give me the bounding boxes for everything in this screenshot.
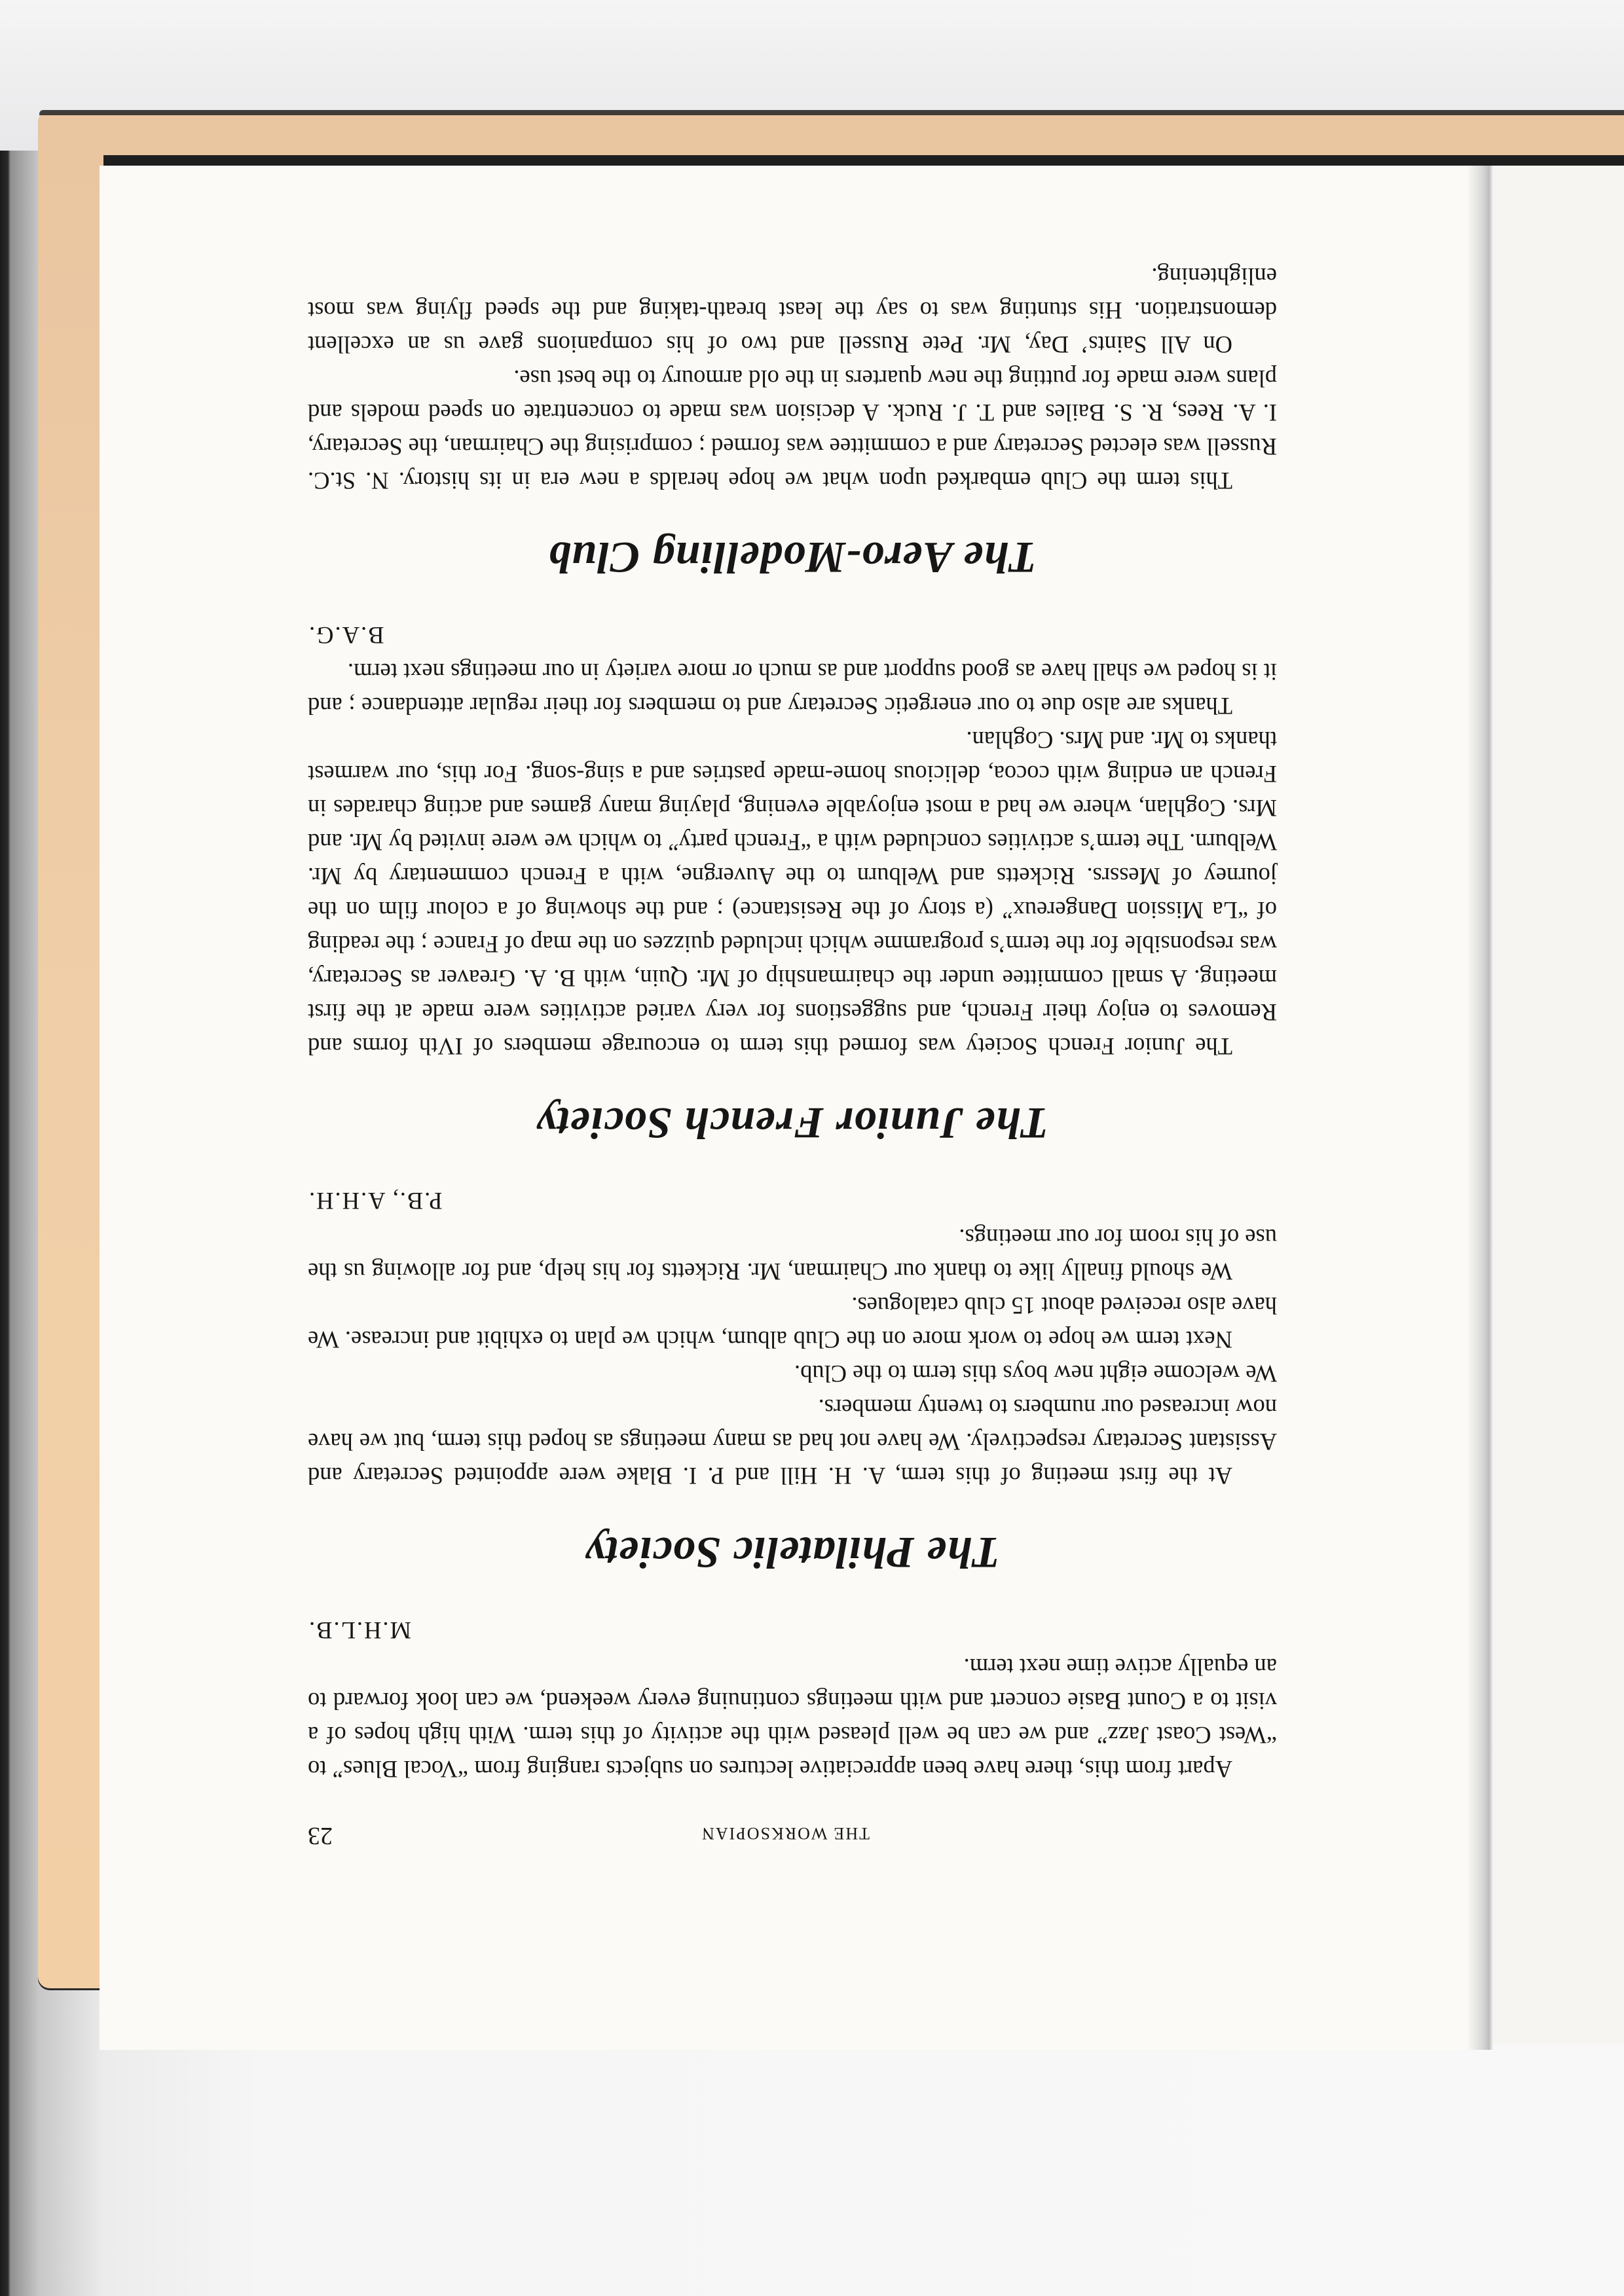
- page-content-upside-down: THE WORKSOPIAN 23 Apart from this, there…: [308, 373, 1277, 1853]
- paragraph: This term the Club embarked upon what we…: [308, 361, 1277, 498]
- section-heading: The Philatelic Society: [308, 1527, 1277, 1579]
- paragraph: On All Saints’ Day, Mr. Pete Russell and…: [308, 259, 1277, 361]
- signature: B.A.G.: [308, 618, 1277, 652]
- page-number: 23: [308, 1819, 333, 1853]
- paragraph: Next term we hope to work more on the Cl…: [308, 1288, 1277, 1357]
- cover-shadow-edge: [39, 110, 1624, 115]
- section-philatelic-society: The Philatelic Society At the first meet…: [308, 1184, 1277, 1579]
- signature: M.H.L.B.: [308, 1613, 1277, 1647]
- paragraph: We should finally like to thank our Chai…: [308, 1220, 1277, 1288]
- paragraph: Apart from this, there have been appreci…: [308, 1650, 1277, 1786]
- paragraph: The Junior French Society was formed thi…: [308, 723, 1277, 1063]
- section-junior-french-society: The Junior French Society The Junior Fre…: [308, 618, 1277, 1150]
- paragraph: At the first meeting of this term, A. H.…: [308, 1391, 1277, 1493]
- facing-page: [1493, 166, 1624, 2045]
- paragraph: We welcome eight new boys this term to t…: [308, 1357, 1277, 1391]
- section-heading: The Junior French Society: [308, 1097, 1277, 1150]
- paragraph: Thanks are also due to our energetic Sec…: [308, 655, 1277, 723]
- running-head: THE WORKSOPIAN 23: [308, 1819, 1277, 1853]
- section-music-club-continuation: Apart from this, there have been appreci…: [308, 1613, 1277, 1786]
- signature: P.B., A.H.H.: [308, 1184, 1277, 1218]
- section-heading: The Aero-Modelling Club: [308, 532, 1277, 584]
- section-aero-modelling-club: The Aero-Modelling Club This term the Cl…: [308, 259, 1277, 584]
- book-gutter: [1467, 166, 1493, 2050]
- running-title: THE WORKSOPIAN: [333, 1816, 1277, 1850]
